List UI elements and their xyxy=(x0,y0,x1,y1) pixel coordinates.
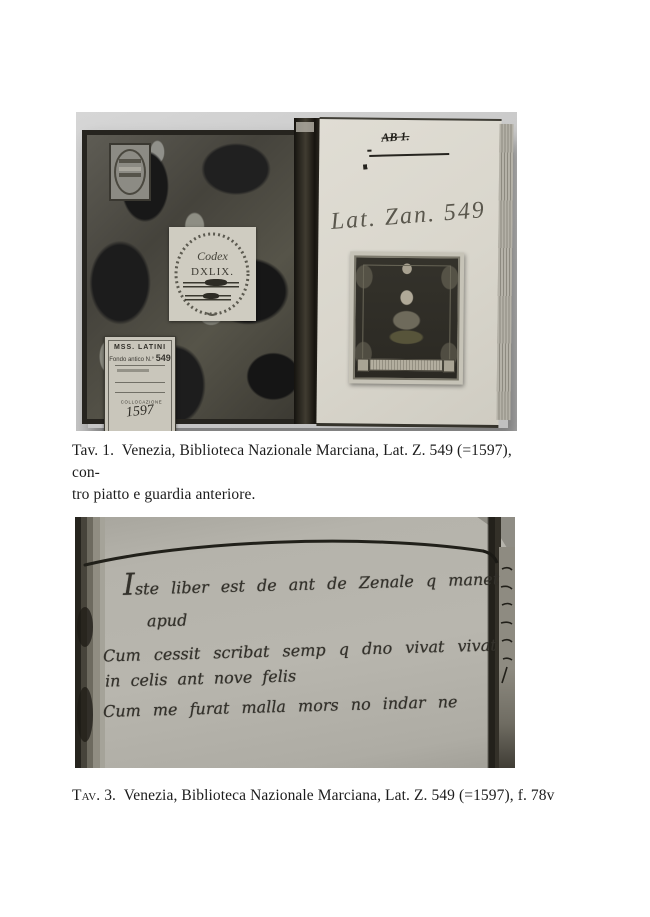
plate1-caption-label: Tav. 1. xyxy=(72,442,114,459)
shelf-rule-2 xyxy=(115,382,165,383)
shelf-rule-1 xyxy=(115,365,165,366)
plate1-photograph: Codex DXLIX. MSS. LATINI Fondo antico N.… xyxy=(76,112,517,431)
mss-latini-shelf-label: MSS. LATINI Fondo antico N.° 549 COLLOCA… xyxy=(104,336,176,431)
library-oval-stamp xyxy=(109,143,151,201)
plate2-caption-label: Tav. 3. xyxy=(72,787,116,804)
shelf-rule-3 xyxy=(115,392,165,393)
front-flyleaf: AB 1. Lat. Zan. 549 xyxy=(316,117,501,428)
lat-zan-shelfmark: Lat. Zan. 549 xyxy=(330,195,512,236)
paper-remnant-tab xyxy=(296,122,314,132)
crossed-out-inscriptions: AB 1. xyxy=(381,130,471,175)
exlibris-title-banner xyxy=(369,359,443,372)
shelf-tiny-italic-note xyxy=(117,369,163,372)
shelf-label-fondo: Fondo antico N.° 549 xyxy=(109,353,171,363)
fondo-prefix: Fondo antico N.° xyxy=(109,357,154,363)
plate1-caption-line1: Venezia, Biblioteca Nazionale Marciana, … xyxy=(72,442,512,481)
open-codex: Codex DXLIX. MSS. LATINI Fondo antico N.… xyxy=(80,116,508,426)
marbled-inner-cover: Codex DXLIX. MSS. LATINI Fondo antico N.… xyxy=(82,130,296,424)
collocazione-value: 1597 xyxy=(108,401,171,423)
strikeout-line-1 xyxy=(367,146,453,152)
scanned-paper-page: Codex DXLIX. MSS. LATINI Fondo antico N.… xyxy=(0,0,650,917)
codex-label-number: DXLIX. xyxy=(169,266,256,278)
exlibris-inner-frame xyxy=(362,265,451,363)
marciana-exlibris-engraving xyxy=(349,251,464,384)
codex-wreath-label: Codex DXLIX. xyxy=(169,227,256,321)
exlibris-corner-left xyxy=(357,358,369,371)
strikeout-line-3 xyxy=(363,161,403,170)
page-fore-edges xyxy=(496,124,513,420)
plate2-caption-text: Venezia, Biblioteca Nazionale Marciana, … xyxy=(124,787,555,804)
ab1-inscription: AB 1. xyxy=(381,129,410,146)
stamp-oval-border xyxy=(114,149,146,195)
plate2-photograph: Iste liber est de ant de Zenale q manet … xyxy=(75,517,515,768)
exlibris-corner-right xyxy=(443,359,455,372)
manuscript-initial: I xyxy=(122,568,135,603)
strikeout-line-2 xyxy=(369,153,449,157)
exlibris-engraved-scene xyxy=(353,255,460,380)
fondo-number: 549 xyxy=(156,353,171,363)
ink-crossout-blob-2 xyxy=(203,293,219,299)
shelf-label-inner-border: MSS. LATINI Fondo antico N.° 549 COLLOCA… xyxy=(108,340,172,431)
plate2-caption: Tav. 3. Venezia, Biblioteca Nazionale Ma… xyxy=(72,785,572,807)
manuscript-line-2: apud xyxy=(147,610,188,630)
stamp-center-mark xyxy=(119,167,141,171)
shelf-label-header: MSS. LATINI xyxy=(109,344,171,351)
ink-crossout-blob-1 xyxy=(205,279,227,286)
plate1-caption: Tav. 1. Venezia, Biblioteca Nazionale Ma… xyxy=(72,440,542,506)
codex-label-title: Codex xyxy=(169,249,256,264)
plate1-caption-line2: tro piatto e guardia anteriore. xyxy=(72,486,255,503)
